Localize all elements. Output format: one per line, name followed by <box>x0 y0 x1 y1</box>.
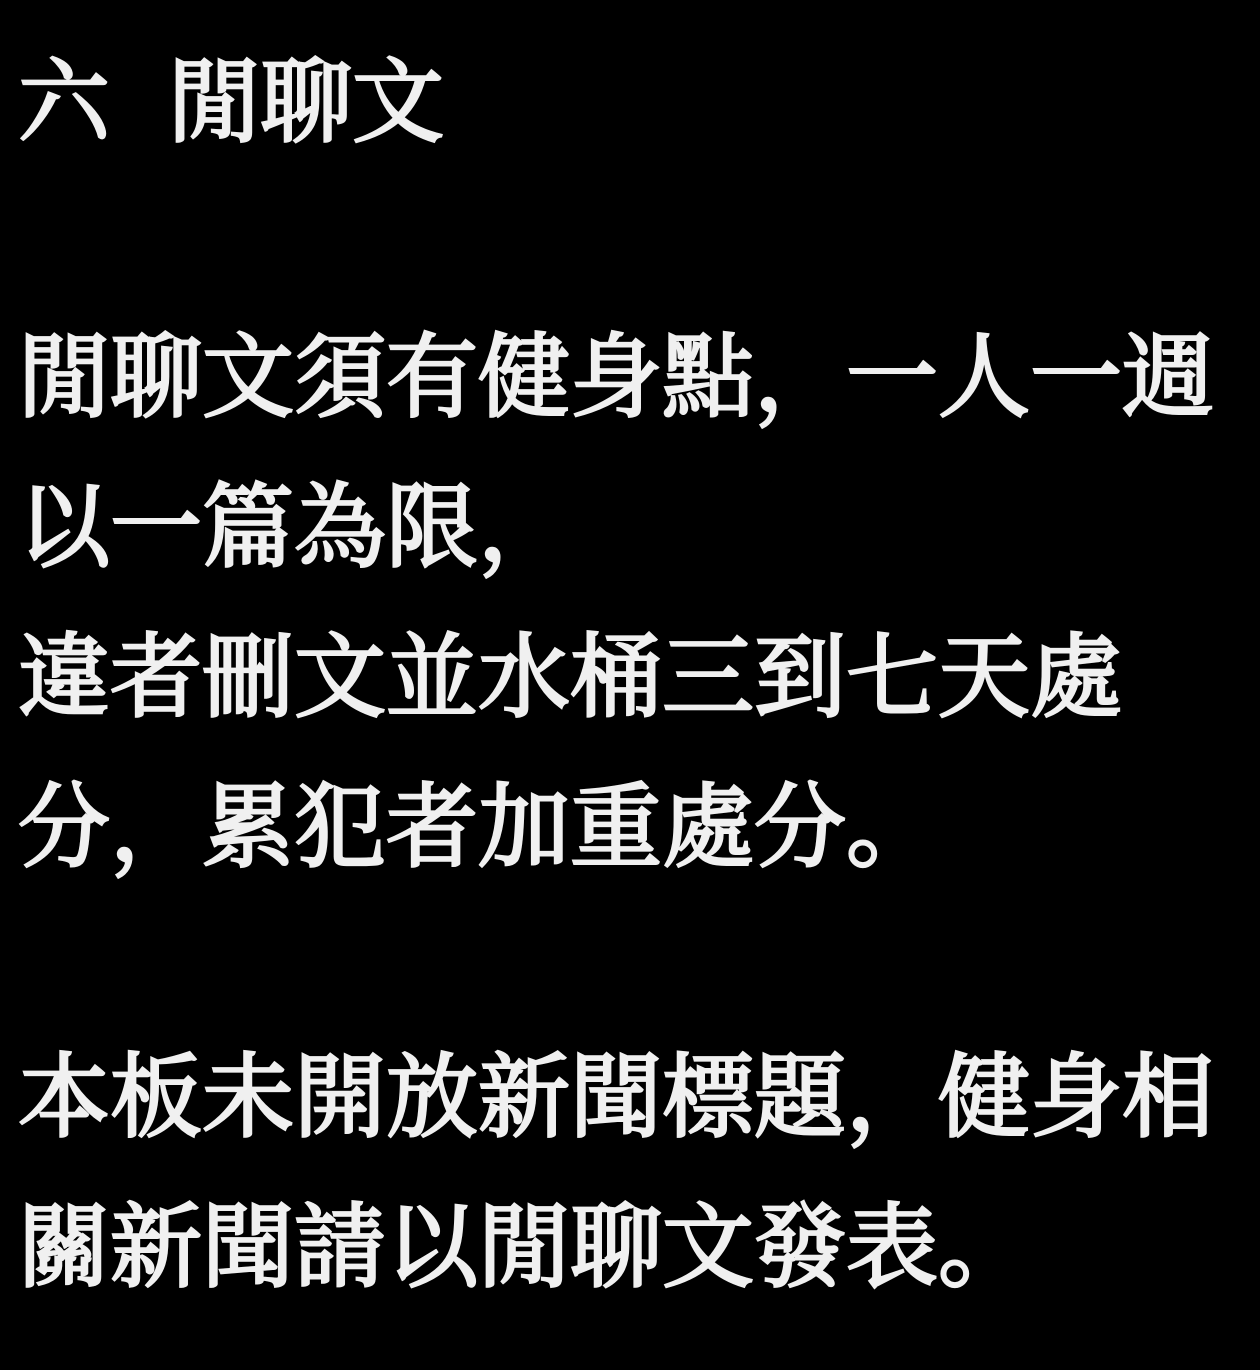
paragraph-line: 以一篇為限， <box>18 473 570 583</box>
paragraph-line: 違者刪文並水桶三到七天處 <box>18 623 1122 733</box>
paragraph-line: 本板未開放新聞標題，健身相 <box>18 1043 1214 1153</box>
section-heading: 六閒聊文 <box>18 48 444 158</box>
section-title: 閒聊文 <box>168 49 444 156</box>
paragraph-line: 閒聊文須有健身點，一人一週 <box>18 323 1214 433</box>
section-number: 六 <box>18 48 168 158</box>
paragraph-line: 關新聞請以閒聊文發表。 <box>18 1193 1030 1303</box>
paragraph-line: 分，累犯者加重處分。 <box>18 773 938 883</box>
